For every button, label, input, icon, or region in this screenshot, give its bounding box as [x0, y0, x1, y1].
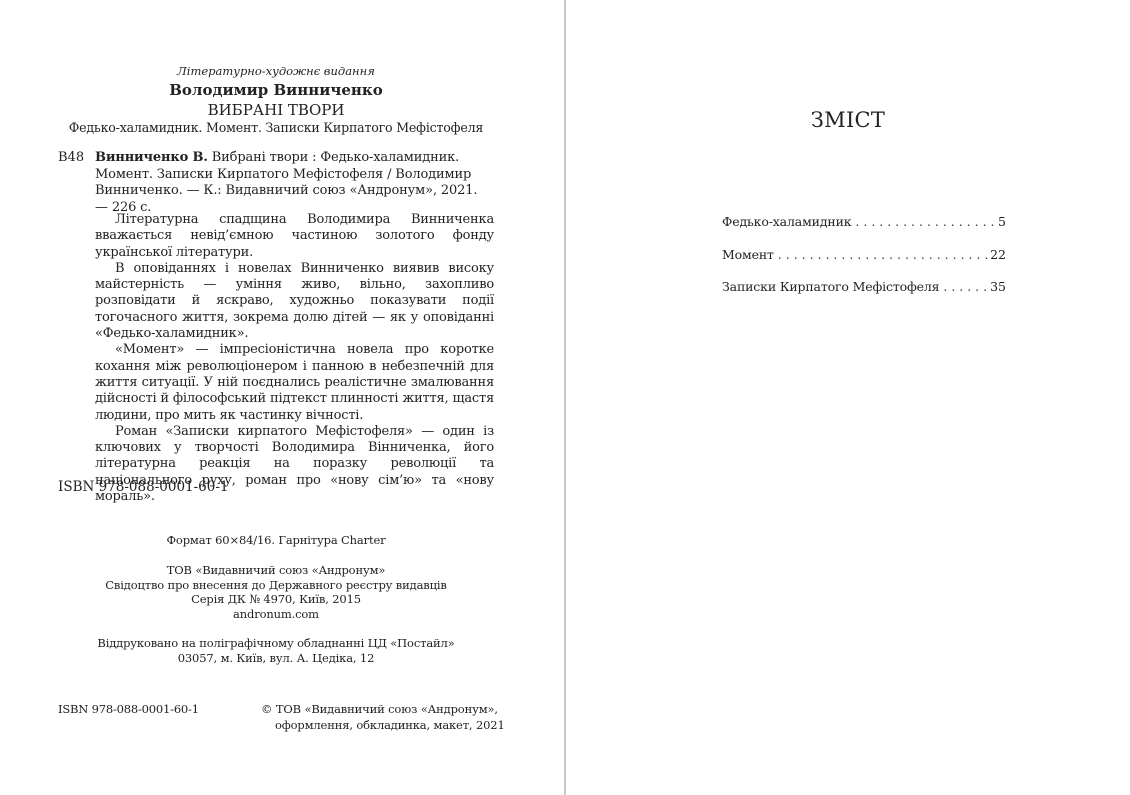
publisher-series: Серія ДК № 4970, Київ, 2015 [58, 592, 494, 607]
toc-leader-dots [943, 279, 988, 294]
series-label: Літературно-художнє видання [58, 64, 494, 78]
toc-leader-dots [855, 214, 996, 229]
printer-info: Віддруковано на поліграфічному обладнанн… [58, 636, 494, 665]
toc-entry-page: 22 [990, 247, 1006, 262]
toc-entry-page: 5 [998, 214, 1006, 229]
copyright-line: © ТОВ «Видавничий союз «Андронум», [261, 702, 505, 718]
annotation-paragraph: «Момент» — імпресіоністична новела про к… [95, 342, 494, 423]
toc-leader-dots [778, 247, 988, 262]
toc-entry[interactable]: Момент 22 [722, 247, 1006, 280]
toc-entry-page: 35 [990, 279, 1006, 294]
bibliographic-author: Винниченко В. [95, 150, 208, 165]
library-code: В48 [58, 150, 84, 167]
author-name: Володимир Винниченко [58, 81, 494, 99]
footer-isbn: ISBN 978-088-0001-60-1 [58, 702, 199, 716]
annotation: Літературна спадщина Володимира Винничен… [95, 212, 494, 505]
copyright-notice: © ТОВ «Видавничий союз «Андронум», оформ… [261, 702, 505, 733]
copyright-line: оформлення, обкладинка, макет, 2021 [261, 718, 505, 734]
annotation-paragraph: В оповіданнях і новелах Винниченко вияви… [95, 261, 494, 342]
bibliographic-description: Винниченко В. Вибрані твори : Федько-хал… [95, 150, 494, 216]
publisher-website: andronum.com [58, 607, 494, 622]
toc-entry[interactable]: Федько-халамидник 5 [722, 214, 1006, 247]
bibliographic-record: В48 Винниченко В. Вибрані твори : Федько… [58, 150, 494, 216]
toc-entry-title: Момент [722, 247, 774, 262]
format-info: Формат 60×84/16. Гарнітура Charter [58, 533, 494, 548]
toc-entry-title: Федько-халамидник [722, 214, 851, 229]
toc-entry[interactable]: Записки Кирпатого Мефістофеля 35 [722, 279, 1006, 312]
publisher-certificate: Свідоцтво про внесення до Державного реє… [58, 578, 494, 593]
book-title: ВИБРАНІ ТВОРИ [58, 101, 494, 119]
toc-entry-title: Записки Кирпатого Мефістофеля [722, 279, 939, 294]
printer-address: 03057, м. Київ, вул. А. Цедіка, 12 [58, 651, 494, 666]
book-subtitle: Федько-халамидник. Момент. Записки Кирпа… [58, 120, 494, 135]
annotation-paragraph: Літературна спадщина Володимира Винничен… [95, 212, 494, 261]
left-page: Літературно-художнє видання Володимир Ви… [0, 0, 564, 795]
table-of-contents: Федько-халамидник 5 Момент 22 Записки Ки… [722, 214, 1006, 312]
toc-title: ЗМІСТ [566, 108, 1130, 132]
publisher-name: ТОВ «Видавничий союз «Андронум» [58, 563, 494, 578]
publisher-info: ТОВ «Видавничий союз «Андронум» Свідоцтв… [58, 563, 494, 621]
isbn: ISBN 978-088-0001-60-1 [58, 479, 229, 495]
printer-name: Віддруковано на поліграфічному обладнанн… [58, 636, 494, 651]
